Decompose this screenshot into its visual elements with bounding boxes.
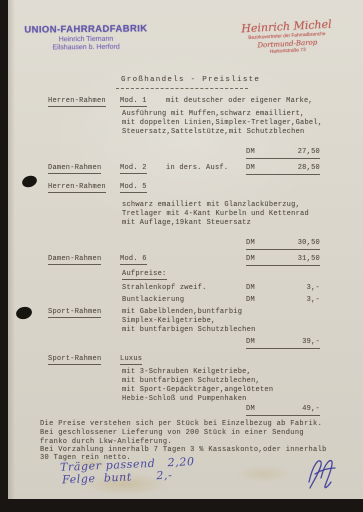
price-value: 27,50	[298, 148, 320, 156]
price-value: 39,-	[302, 338, 320, 346]
scanned-document: UNION-FAHRRADFABRIK Heinrich Tiemann Eil…	[0, 0, 363, 512]
price-line: DM 31,50	[246, 255, 320, 266]
currency-label: DM	[246, 405, 255, 413]
row-description: schwarz emailliert mit Glanzlacküberzug,	[122, 201, 300, 209]
price-value: 49,-	[302, 405, 320, 413]
price-line: DM 28,50	[246, 164, 320, 175]
currency-label: DM	[246, 338, 255, 346]
currency-label: DM	[246, 284, 255, 292]
price-value: 28,50	[298, 164, 320, 172]
document-title: Großhandels - Preisliste	[121, 76, 260, 84]
row-description: Simplex-Keilgetriebe,	[122, 317, 215, 325]
row-description: mit 3-Schrauben Keilgetriebe,	[122, 368, 251, 376]
company-city: Eilshausen b. Herford	[20, 43, 152, 51]
currency-label: DM	[246, 296, 255, 304]
row-description: mit doppelten Linien,Simplex-Tretlager,G…	[122, 119, 322, 127]
terms-line: Die Preise verstehen sich per Stück bei …	[40, 420, 322, 428]
company-name: UNION-FAHRRADFABRIK	[20, 23, 152, 35]
model-label: Luxus	[120, 355, 142, 365]
terms-line: Bei Vorzahlung innerhalb 7 Tagen 3 % Kas…	[40, 446, 327, 454]
model-label: Mod. 1	[120, 97, 147, 107]
price-line: DM 3,-	[246, 284, 320, 292]
row-description: mit Sport-Gepäckträger,angelöteten	[122, 386, 273, 394]
model-label: Mod. 6	[120, 255, 147, 265]
row-label: Sport-Rahmen	[48, 355, 101, 365]
surcharge-name: Strahlenkopf zweif.	[122, 284, 207, 292]
row-label: Herren-Rahmen	[48, 97, 106, 107]
title-underline	[116, 88, 248, 89]
punch-hole-top	[21, 174, 39, 189]
row-description: mit deutscher oder eigener Marke,	[166, 97, 313, 105]
company-owner: Heinrich Tiemann	[20, 35, 152, 43]
row-description: mit buntfarbigen Schutzblechen,	[122, 377, 260, 385]
row-label: Damen-Rahmen	[48, 255, 101, 265]
punch-hole-bottom	[15, 305, 33, 321]
price-value: 31,50	[298, 255, 320, 263]
row-description: in ders. Ausf.	[166, 164, 228, 172]
row-description: Ausführung mit Muffen,schwarz emailliert…	[122, 110, 304, 118]
currency-label: DM	[246, 255, 255, 263]
price-line: DM 27,50	[246, 148, 320, 159]
row-label: Damen-Rahmen	[48, 164, 101, 174]
row-description: mit Auflage,19kant Steuersatz	[122, 219, 251, 227]
surcharges-heading: Aufpreise:	[122, 270, 167, 280]
price-value: 3,-	[307, 284, 320, 292]
price-line: DM 39,-	[246, 338, 320, 349]
currency-label: DM	[246, 164, 255, 172]
signature-initials	[301, 452, 343, 499]
row-label: Herren-Rahmen	[48, 183, 106, 193]
model-label: Mod. 2	[120, 164, 147, 174]
agent-stamp: Heinrich Michel Bezirksvertreter der Fah…	[223, 17, 351, 58]
currency-label: DM	[246, 148, 255, 156]
row-description: mit Gabelblenden,buntfarbig	[122, 308, 242, 316]
row-description: mit buntfarbigen Schutzblechen	[122, 326, 256, 334]
currency-label: DM	[246, 239, 255, 247]
price-value: 30,50	[298, 239, 320, 247]
row-description: Hebie-Schloß und Pumpenhaken	[122, 395, 247, 403]
price-line: DM 30,50	[246, 239, 320, 250]
paper-sheet: UNION-FAHRRADFABRIK Heinrich Tiemann Eil…	[8, 0, 363, 499]
row-description: Steuersatz,Sattelstütze,mit Schutzbleche…	[122, 128, 304, 136]
terms-line: franko durch Lkw-Anlieferung.	[40, 438, 172, 446]
company-stamp: UNION-FAHRRADFABRIK Heinrich Tiemann Eil…	[20, 23, 152, 51]
terms-line: Bei geschlossener Lieferung von 200 Stüc…	[40, 429, 304, 437]
row-description: Tretlager mit 4-Kant Kurbeln und Kettenr…	[122, 210, 309, 218]
row-label: Sport-Rahmen	[48, 308, 101, 318]
price-line: DM 49,-	[246, 405, 320, 416]
surcharge-name: Buntlackierung	[122, 296, 184, 304]
price-value: 3,-	[307, 296, 320, 304]
model-label: Mod. 5	[120, 183, 147, 193]
price-line: DM 3,-	[246, 296, 320, 304]
